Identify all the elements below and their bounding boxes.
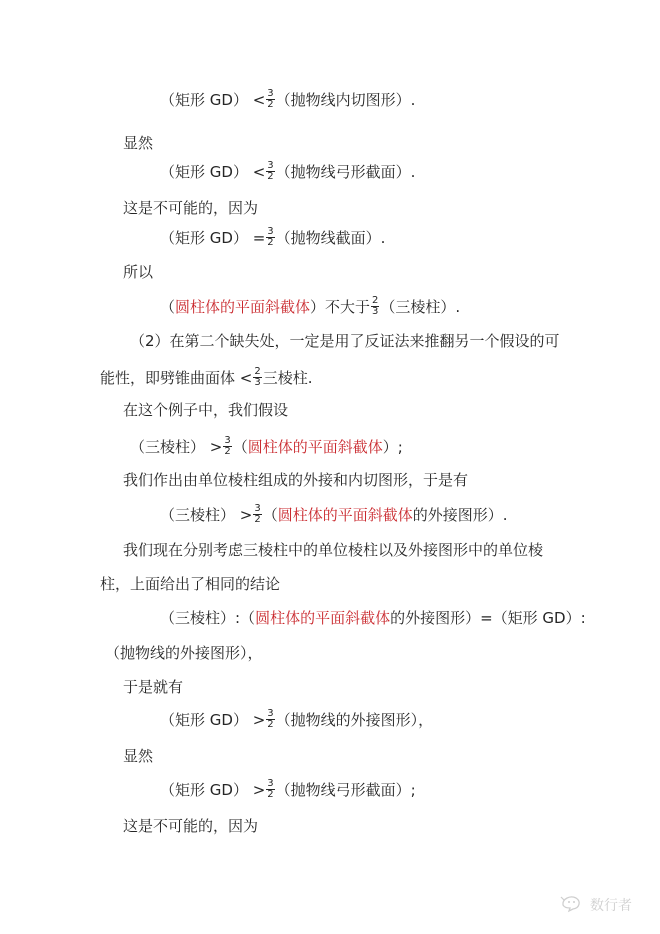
formula-line: （矩形 GD） >32（抛物线弓形截面）; (160, 780, 416, 800)
fraction: 32 (253, 504, 261, 525)
paren-open: （ (233, 438, 248, 456)
fraction: 32 (266, 779, 274, 800)
text-line: 所以 (123, 262, 153, 282)
watermark-text: 数行者 (590, 895, 632, 915)
formula-lhs: （矩形 GD） < (160, 91, 265, 109)
text-line: 显然 (123, 746, 153, 766)
formula-rhs: （抛物线弓形截面）. (276, 163, 416, 181)
text-line: 显然 (123, 133, 153, 153)
wechat-icon (560, 893, 590, 917)
text-line: 这是不可能的，因为 (123, 198, 258, 218)
text-line: （抛物线的外接图形）， (105, 643, 263, 663)
fraction: 32 (266, 709, 274, 730)
fraction: 32 (266, 227, 274, 248)
highlighted-term: 圆柱体的平面斜截体 (175, 298, 310, 316)
formula-line: （矩形 GD） =32（抛物线截面）. (160, 228, 385, 248)
denominator: 3 (253, 378, 261, 388)
formula-lhs: （矩形 GD） > (160, 711, 265, 729)
formula-rhs: 的外接图形）=（矩形 GD）: (390, 609, 586, 627)
formula-rhs: 三棱柱. (263, 369, 313, 387)
paren-open: （ (263, 506, 278, 524)
formula-rhs: （抛物线截面）. (276, 229, 386, 247)
formula-rhs: 的外接图形）. (413, 506, 508, 524)
formula-lhs: （矩形 GD） > (160, 781, 265, 799)
formula-line: （三棱柱） >32（圆柱体的平面斜截体的外接图形）. (160, 505, 508, 525)
fraction: 23 (371, 296, 379, 317)
text-line: （2）在第二个缺失处，一定是用了反证法来推翻另一个假设的可 (130, 331, 560, 351)
formula-mid: ）不大于 (310, 298, 370, 316)
fraction: 32 (266, 89, 274, 110)
formula-line: （矩形 GD） <32（抛物线弓形截面）. (160, 162, 415, 182)
fraction: 23 (253, 367, 261, 388)
fraction: 32 (266, 161, 274, 182)
formula-line: （矩形 GD） >32（抛物线的外接图形）， (160, 710, 433, 730)
text-line: 这是不可能的，因为 (123, 816, 258, 836)
formula-lhs: （矩形 GD） < (160, 163, 265, 181)
fraction: 32 (223, 436, 231, 457)
formula-lhs: （三棱柱） > (160, 506, 252, 524)
denominator: 3 (371, 307, 379, 317)
highlighted-term: 圆柱体的平面斜截体 (255, 609, 390, 627)
formula-line: （三棱柱）:（圆柱体的平面斜截体的外接图形）=（矩形 GD）: (160, 608, 586, 628)
formula-rhs: （抛物线的外接图形）， (276, 711, 434, 729)
denominator: 2 (266, 238, 274, 248)
formula-rhs: （抛物线内切图形）. (276, 91, 416, 109)
formula-rhs: ）; (383, 438, 403, 456)
formula-line: （三棱柱） >32（圆柱体的平面斜截体）; (130, 437, 403, 457)
text-line: 在这个例子中，我们假设 (123, 400, 288, 420)
text-line: 柱，上面给出了相同的结论 (100, 574, 280, 594)
highlighted-term: 圆柱体的平面斜截体 (248, 438, 383, 456)
text-line: 我们现在分别考虑三棱柱中的单位棱柱以及外接图形中的单位棱 (123, 540, 543, 560)
formula-lhs: （矩形 GD） = (160, 229, 265, 247)
highlighted-term: 圆柱体的平面斜截体 (278, 506, 413, 524)
formula-line: （矩形 GD） <32（抛物线内切图形）. (160, 90, 415, 110)
formula-lhs: （三棱柱） > (130, 438, 222, 456)
text-line: 我们作出由单位棱柱组成的外接和内切图形，于是有 (123, 470, 468, 490)
watermark: 数行者 (560, 893, 632, 917)
denominator: 2 (266, 100, 274, 110)
denominator: 2 (253, 515, 261, 525)
formula-lhs: 能性，即劈锥曲面体 < (100, 369, 252, 387)
text-line: 于是就有 (123, 677, 183, 697)
formula-rhs: （抛物线弓形截面）; (276, 781, 416, 799)
denominator: 2 (266, 790, 274, 800)
formula-rhs: （三棱柱）. (380, 298, 460, 316)
denominator: 2 (223, 447, 231, 457)
formula-line: 能性，即劈锥曲面体 <23三棱柱. (100, 368, 313, 388)
formula-line: （圆柱体的平面斜截体）不大于23（三棱柱）. (160, 297, 460, 317)
denominator: 2 (266, 172, 274, 182)
denominator: 2 (266, 720, 274, 730)
formula-lhs: （ (160, 298, 175, 316)
formula-lhs: （三棱柱）:（ (160, 609, 255, 627)
